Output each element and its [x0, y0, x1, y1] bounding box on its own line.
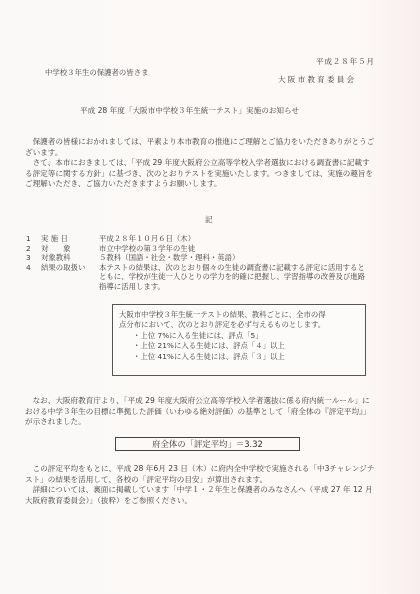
list-item: 4 結果の取扱い 本テストの結果は、次のとおり個々の生徒の調査書に記載する評定に…: [26, 263, 369, 292]
item-label: 結果の取扱い: [41, 263, 99, 292]
note-paragraph: なお、大阪府教育庁より、「平成 29 年度大阪府公立高等学校入学者選抜に係る府内…: [25, 396, 377, 428]
closing-section: この評定平均をもとに、平成 28 年6月 23 日（木）に府内全中学校で実施され…: [25, 464, 377, 506]
item-label: 対象教科: [41, 253, 99, 263]
intro-paragraph-2: さて、本市におきましては、「平成 29 年度大阪府公立高等学校入学者選抜における…: [25, 158, 377, 190]
details-list: 1 実 施 日 平成２８年１０月６日（木） 2 対 象 市立中学校の第３学年の生…: [26, 234, 369, 292]
criteria-bullet: ・上位 41%に入る生徒には、評点「３」以上: [133, 352, 326, 362]
closing-paragraph-1: この評定平均をもとに、平成 28 年6月 23 日（木）に府内全中学校で実施され…: [25, 464, 377, 485]
item-value: 本テストの結果は、次のとおり個々の生徒の調査書に記載する評定に活用するとともに、…: [99, 263, 369, 292]
ki-heading: 記: [205, 214, 213, 225]
average-box: 府全体の「評定平均」＝3.32: [115, 437, 300, 451]
criteria-bullet: ・上位 21%に入る生徒には、評点「４」以上: [133, 341, 326, 351]
criteria-box: 大阪市中学校３年生統一テストの結果、教科ごとに、全市の得 点分布において、次のと…: [112, 304, 366, 376]
item-value: ５教科（国語・社会・数学・理科・英語）: [99, 253, 369, 263]
document-title: 平成 28 年度「大阪市中学校３年生統一テスト」実施のお知らせ: [80, 105, 299, 116]
list-item: 2 対 象 市立中学校の第３学年の生徒: [26, 244, 369, 254]
item-label: 実 施 日: [41, 234, 99, 244]
issuer: 大阪市教育委員会: [278, 74, 356, 85]
closing-paragraph-2: 詳細については、裏面に掲載しています「中学１・２年生と保護者のみなさんへ（平成 …: [25, 485, 377, 506]
criteria-line-1: 大阪市中学校３年生統一テストの結果、教科ごとに、全市の得: [119, 310, 326, 320]
item-number: 1: [26, 234, 41, 244]
list-item: 3 対象教科 ５教科（国語・社会・数学・理科・英語）: [26, 253, 369, 263]
addressee: 中学校３年生の保護者の皆さま: [45, 67, 148, 78]
item-number: 4: [26, 263, 41, 292]
issue-date: 平成２８年５月: [316, 56, 375, 67]
list-item: 1 実 施 日 平成２８年１０月６日（木）: [26, 234, 369, 244]
item-number: 3: [26, 253, 41, 263]
intro-section: 保護者の皆様におかれましては、平素より本市教育の推進にご理解とご協力をいただきあ…: [25, 137, 377, 190]
intro-paragraph-1: 保護者の皆様におかれましては、平素より本市教育の推進にご理解とご協力をいただきあ…: [25, 137, 377, 158]
criteria-line-2: 点分布において、次のとおり評定を必ず与えるものとします。: [119, 320, 326, 330]
item-number: 2: [26, 244, 41, 254]
item-value: 市立中学校の第３学年の生徒: [99, 244, 369, 254]
notice-page: 平成２８年５月 中学校３年生の保護者の皆さま 大阪市教育委員会 平成 28 年度…: [0, 0, 420, 594]
criteria-bullet: ・上位 7%に入る生徒には、評点「5」: [133, 331, 326, 341]
item-label: 対 象: [41, 244, 99, 254]
note-section: なお、大阪府教育庁より、「平成 29 年度大阪府公立高等学校入学者選抜に係る府内…: [25, 396, 377, 428]
item-value: 平成２８年１０月６日（木）: [99, 234, 369, 244]
